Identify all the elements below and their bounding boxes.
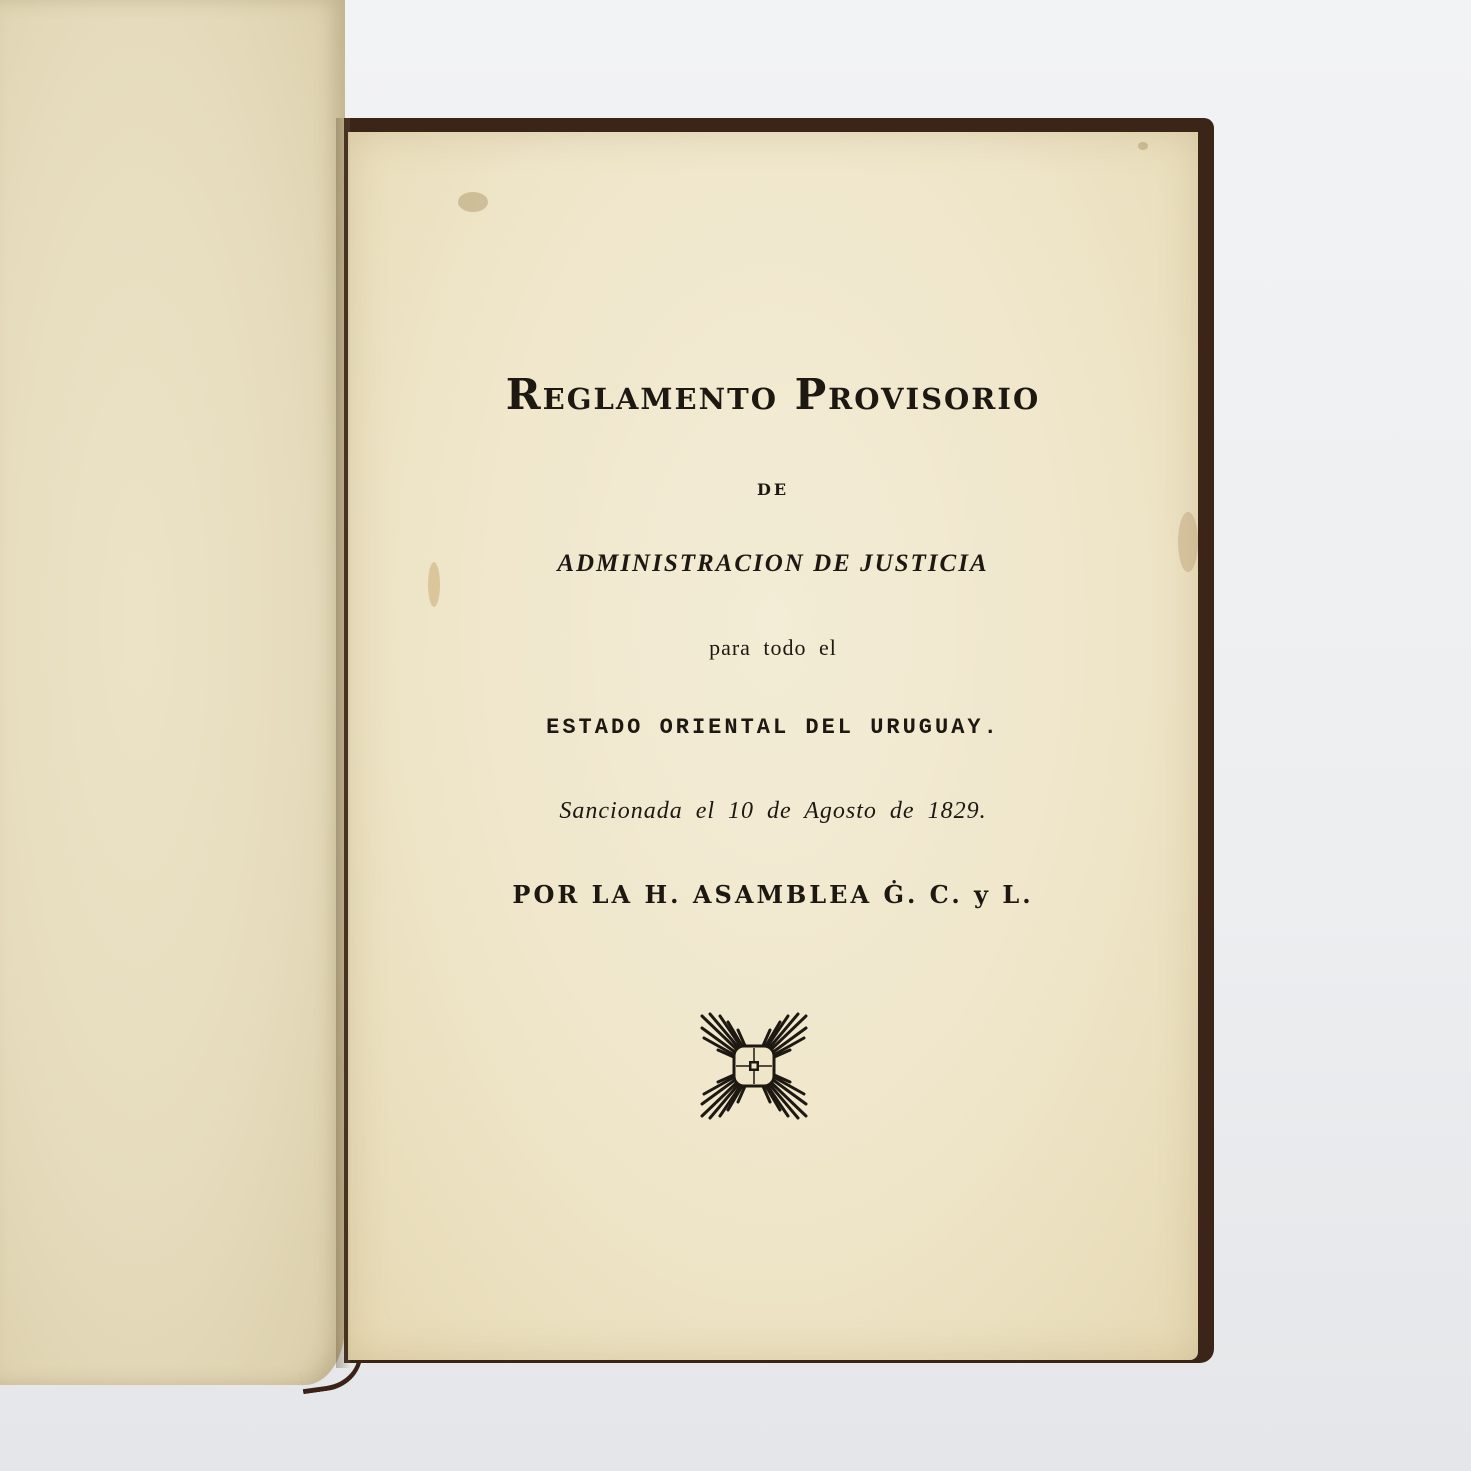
title-line-3: ADMINISTRACION DE JUSTICIA — [348, 550, 1198, 578]
assembly-line: POR LA H. ASAMBLEA Ġ. C. y L. — [348, 880, 1198, 909]
gutter-shadow — [336, 118, 350, 1368]
title-page — [348, 132, 1198, 1360]
title-line-4: para todo el — [348, 635, 1198, 661]
sanction-date: Sancionada el 10 de Agosto de 1829. — [348, 798, 1198, 825]
title-line-1: Reglamento Provisorio — [348, 370, 1198, 419]
foxing-stain — [1138, 142, 1148, 150]
left-page — [0, 0, 345, 1385]
sunburst-ornament-icon — [698, 1010, 810, 1122]
title-line-2: DE — [348, 480, 1198, 499]
foxing-stain — [458, 192, 488, 212]
title-line-5: ESTADO ORIENTAL DEL URUGUAY. — [348, 715, 1198, 740]
